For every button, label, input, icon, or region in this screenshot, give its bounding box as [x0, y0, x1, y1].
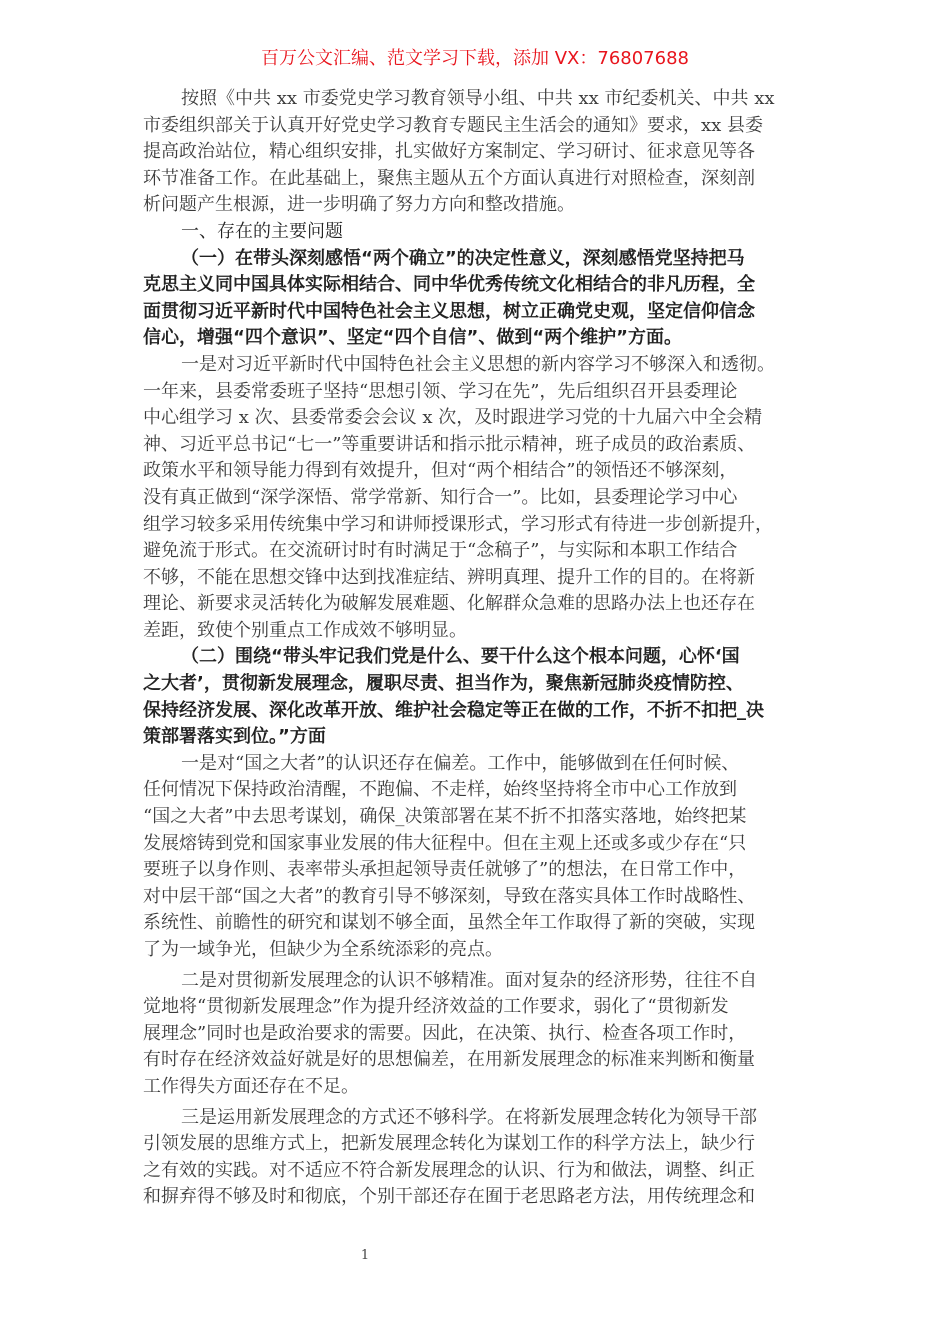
text-line: （二）围绕“带头牢记我们党是什么、要干什么这个根本问题，心怀‘国: [143, 644, 803, 671]
section-heading: 一、存在的主要问题: [143, 219, 803, 246]
text-line: 一年来，县委常委班子坚持“思想引领、学习在先”，先后组织召开县委理论: [143, 379, 803, 406]
watermark-header: 百万公文汇编、范文学习下载，添加 VX：76807688: [0, 46, 950, 72]
text-line: 面贯彻习近平新时代中国特色社会主义思想，树立正确党史观，坚定信仰信念: [143, 299, 803, 326]
text-line: 了为一域争光，但缺少为全系统添彩的亮点。: [143, 937, 803, 964]
text-line: 展理念”同时也是政治要求的需要。因此，在决策、执行、检查各项工作时，: [143, 1021, 803, 1048]
subsection-2-paragraph-2: 二是对贯彻新发展理念的认识不够精准。面对复杂的经济形势，往往不自 觉地将“贯彻新…: [143, 968, 803, 1101]
text-line: 要班子以身作则、表率带头承担起领导责任就够了”的想法，在日常工作中，: [143, 857, 803, 884]
text-line: 三是运用新发展理念的方式还不够科学。在将新发展理念转化为领导干部: [143, 1105, 803, 1132]
subsection-2-paragraph-3: 三是运用新发展理念的方式还不够科学。在将新发展理念转化为领导干部 引领发展的思维…: [143, 1105, 803, 1211]
text-line: 策部署落实到位。”方面: [143, 724, 803, 751]
intro-paragraph: 按照《中共 xx 市委党史学习教育领导小组、中共 xx 市纪委机关、中共 xx …: [143, 86, 803, 219]
text-line: 避免流于形式。在交流研讨时有时满足于“念稿子”，与实际和本职工作结合: [143, 538, 803, 565]
text-line: 一是对“国之大者”的认识还存在偏差。工作中，能够做到在任何时候、: [143, 751, 803, 778]
text-line: 发展熔铸到党和国家事业发展的伟大征程中。但在主观上还或多或少存在“只: [143, 831, 803, 858]
text-line: 市委组织部关于认真开好党史学习教育专题民主生活会的通知》要求，xx 县委: [143, 113, 803, 140]
text-line: （一）在带头深刻感悟“两个确立”的决定性意义，深刻感悟党坚持把马: [143, 246, 803, 273]
subsection-1-title: （一）在带头深刻感悟“两个确立”的决定性意义，深刻感悟党坚持把马 克思主义同中国…: [143, 246, 803, 352]
document-body: 按照《中共 xx 市委党史学习教育领导小组、中共 xx 市纪委机关、中共 xx …: [143, 86, 803, 1211]
text-line: 之有效的实践。对不适应不符合新发展理念的认识、行为和做法，调整、纠正: [143, 1158, 803, 1185]
text-line: 工作得失方面还存在不足。: [143, 1074, 803, 1101]
document-page: 百万公文汇编、范文学习下载，添加 VX：76807688 按照《中共 xx 市委…: [0, 0, 950, 1344]
page-number: 1: [355, 1248, 375, 1263]
text-line: 之大者’，贯彻新发展理念，履职尽责、担当作为，聚焦新冠肺炎疫情防控、: [143, 671, 803, 698]
text-line: 没有真正做到“深学深悟、常学常新、知行合一”。比如，县委理论学习中心: [143, 485, 803, 512]
text-line: 组学习较多采用传统集中学习和讲师授课形式，学习形式有待进一步创新提升，: [143, 512, 803, 539]
text-line: 引领发展的思维方式上，把新发展理念转化为谋划工作的科学方法上，缺少行: [143, 1131, 803, 1158]
text-line: 环节准备工作。在此基础上，聚焦主题从五个方面认真进行对照检查，深刻剖: [143, 166, 803, 193]
text-line: 和摒弃得不够及时和彻底，个别干部还存在囿于老思路老方法，用传统理念和: [143, 1184, 803, 1211]
text-line: 有时存在经济效益好就是好的思想偏差，在用新发展理念的标准来判断和衡量: [143, 1047, 803, 1074]
text-line: 理论、新要求灵活转化为破解发展难题、化解群众急难的思路办法上也还存在: [143, 591, 803, 618]
text-line: 不够，不能在思想交锋中达到找准症结、辨明真理、提升工作的目的。在将新: [143, 565, 803, 592]
text-line: 中心组学习 x 次、县委常委会会议 x 次，及时跟进学习党的十九届六中全会精: [143, 405, 803, 432]
text-line: 任何情况下保持政治清醒，不跑偏、不走样，始终坚持将全市中心工作放到: [143, 777, 803, 804]
text-line: “国之大者”中去思考谋划，确保_决策部署在某不折不扣落实落地，始终把某: [143, 804, 803, 831]
text-line: 差距，致使个别重点工作成效不够明显。: [143, 618, 803, 645]
text-line: 克思主义同中国具体实际相结合、同中华优秀传统文化相结合的非凡历程，全: [143, 272, 803, 299]
text-line: 神、习近平总书记“七一”等重要讲话和指示批示精神，班子成员的政治素质、: [143, 432, 803, 459]
text-line: 对中层干部“国之大者”的教育引导不够深刻，导致在落实具体工作时战略性、: [143, 884, 803, 911]
text-line: 二是对贯彻新发展理念的认识不够精准。面对复杂的经济形势，往往不自: [143, 968, 803, 995]
text-line: 信心，增强“四个意识”、坚定“四个自信”、做到“两个维护”方面。: [143, 325, 803, 352]
subsection-2-title: （二）围绕“带头牢记我们党是什么、要干什么这个根本问题，心怀‘国 之大者’，贯彻…: [143, 644, 803, 750]
text-line: 按照《中共 xx 市委党史学习教育领导小组、中共 xx 市纪委机关、中共 xx: [143, 86, 803, 113]
text-line: 析问题产生根源，进一步明确了努力方向和整改措施。: [143, 192, 803, 219]
subsection-1-paragraph-1: 一是对习近平新时代中国特色社会主义思想的新内容学习不够深入和透彻。 一年来，县委…: [143, 352, 803, 645]
text-line: 提高政治站位，精心组织安排，扎实做好方案制定、学习研讨、征求意见等各: [143, 139, 803, 166]
text-line: 保持经济发展、深化改革开放、维护社会稳定等正在做的工作，不折不扣把_决: [143, 698, 803, 725]
text-line: 政策水平和领导能力得到有效提升，但对“两个相结合”的领悟还不够深刻，: [143, 458, 803, 485]
text-line: 觉地将“贯彻新发展理念”作为提升经济效益的工作要求，弱化了“贯彻新发: [143, 994, 803, 1021]
text-line: 系统性、前瞻性的研究和谋划不够全面，虽然全年工作取得了新的突破，实现: [143, 910, 803, 937]
text-line: 一是对习近平新时代中国特色社会主义思想的新内容学习不够深入和透彻。: [143, 352, 803, 379]
subsection-2-paragraph-1: 一是对“国之大者”的认识还存在偏差。工作中，能够做到在任何时候、 任何情况下保持…: [143, 751, 803, 964]
